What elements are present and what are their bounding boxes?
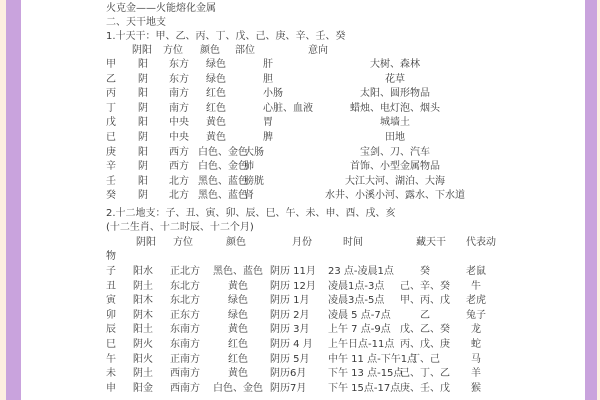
stems-cell-color: 绿色	[206, 58, 226, 71]
branches-header-yinyang: 阴阳	[136, 236, 156, 249]
stems-cell-yinyang: 阳	[138, 146, 148, 159]
stems-cell-stem: 壬	[106, 175, 116, 188]
stems-cell-image: 水井、小溪小河、露水、下水道	[325, 189, 465, 202]
branches-cell-month: 阴历 12月	[270, 280, 316, 293]
branches-cell-month: 阴历6月	[270, 367, 306, 380]
branches-cell-animal: 猴	[471, 382, 481, 395]
left-decorative-stripe	[6, 0, 21, 400]
branches-cell-month: 阴历 4 月	[270, 338, 313, 351]
stems-cell-yinyang: 阴	[138, 189, 148, 202]
branches-cell-time: 上午日点-11点	[328, 338, 394, 351]
branches-cell-hidden-stems: 己、丁、乙	[400, 367, 450, 380]
branches-cell-month: 阴历 11月	[270, 265, 316, 278]
branches-header-month: 月份	[292, 236, 312, 249]
branches-cell-animal: 牛	[471, 280, 481, 293]
stems-cell-stem: 癸	[106, 189, 116, 202]
stems-header-direction: 方位	[163, 44, 183, 57]
stems-cell-body-part: 心脏、血液	[263, 102, 313, 115]
stems-cell-stem: 乙	[106, 73, 116, 86]
stems-cell-body-part: 肾	[244, 189, 254, 202]
stems-header-part: 部位	[235, 44, 255, 57]
branches-cell-yinyang: 阳火	[133, 353, 153, 366]
branches-cell-branch: 子	[106, 265, 116, 278]
stems-cell-image: 首饰、小型金属物品	[350, 160, 440, 173]
stems-cell-image: 田地	[385, 131, 405, 144]
branches-cell-month: 阴历 5月	[270, 353, 310, 366]
stems-cell-direction: 南方	[169, 87, 189, 100]
stems-cell-direction: 北方	[169, 175, 189, 188]
branches-header-animal: 代表动	[466, 236, 496, 249]
stems-cell-color: 黄色	[206, 116, 226, 129]
branches-cell-yinyang: 阳水	[133, 265, 153, 278]
branches-cell-direction: 东北方	[170, 280, 200, 293]
branches-cell-yinyang: 阴火	[133, 338, 153, 351]
stems-cell-stem: 戊	[106, 116, 116, 129]
branches-cell-animal: 龙	[471, 323, 481, 336]
intro-line: 火克金——火能熔化金属	[106, 2, 216, 15]
stems-cell-color: 白色、金色	[198, 160, 248, 173]
stems-cell-stem: 庚	[106, 146, 116, 159]
stems-cell-stem: 丙	[106, 87, 116, 100]
stems-cell-yinyang: 阳	[138, 175, 148, 188]
branches-cell-month: 阴历7月	[270, 382, 306, 395]
stems-cell-image: 花草	[385, 73, 405, 86]
branches-cell-animal: 兔子	[466, 309, 486, 322]
stems-cell-image: 城墙土	[380, 116, 410, 129]
branches-header-hidden-stems: 藏天干	[416, 236, 446, 249]
stems-header-color: 颜色	[200, 44, 220, 57]
branches-header-direction: 方位	[173, 236, 193, 249]
branches-cell-time: 凌晨1点-3点	[328, 280, 384, 293]
branches-cell-hidden-stems: 丁、己	[410, 353, 440, 366]
branches-cell-hidden-stems: 甲、丙、戊	[400, 294, 450, 307]
branches-cell-hidden-stems: 庚、壬、戊	[400, 382, 450, 395]
stems-cell-yinyang: 阴	[138, 102, 148, 115]
stems-cell-body-part: 肝	[263, 58, 273, 71]
stems-cell-color: 黑色、蓝色	[198, 175, 248, 188]
branches-cell-branch: 午	[106, 353, 116, 366]
branches-cell-direction: 东南方	[170, 323, 200, 336]
stems-cell-image: 太阳、圆形物品	[360, 87, 430, 100]
branches-cell-branch: 未	[106, 367, 116, 380]
stems-cell-image: 宝剑、刀、汽车	[360, 146, 430, 159]
stems-cell-direction: 中央	[169, 116, 189, 129]
branches-cell-hidden-stems: 丙、戊、庚	[400, 338, 450, 351]
branches-cell-yinyang: 阴木	[133, 309, 153, 322]
branches-cell-animal: 蛇	[471, 338, 481, 351]
stems-cell-image: 大树、森林	[370, 58, 420, 71]
branches-cell-yinyang: 阴土	[133, 367, 153, 380]
stems-cell-direction: 东方	[169, 73, 189, 86]
branches-cell-hidden-stems: 乙	[420, 309, 430, 322]
stems-cell-body-part: 大肠	[244, 146, 264, 159]
stems-cell-direction: 东方	[169, 58, 189, 71]
stems-cell-color: 白色、金色	[198, 146, 248, 159]
stems-cell-stem: 甲	[106, 58, 116, 71]
branches-cell-hidden-stems: 己、辛、癸	[400, 280, 450, 293]
branches-cell-yinyang: 阳土	[133, 323, 153, 336]
branches-cell-color: 绿色	[228, 309, 248, 322]
branches-cell-animal: 老鼠	[466, 265, 486, 278]
branches-cell-time: 下午 13 点-15点	[328, 367, 403, 380]
stems-cell-yinyang: 阳	[138, 58, 148, 71]
stems-cell-body-part: 胆	[263, 73, 273, 86]
branches-title: 2.十二地支：子、丑、寅、卯、辰、巳、午、未、申、酉、戌、亥	[106, 207, 396, 220]
branches-cell-direction: 东北方	[170, 294, 200, 307]
branches-cell-color: 黄色	[228, 323, 248, 336]
stems-cell-stem: 辛	[106, 160, 116, 173]
stems-title: 1.十天干：甲、乙、丙、丁、戊、己、庚、辛、壬、癸	[106, 30, 346, 43]
branches-cell-direction: 正南方	[170, 353, 200, 366]
branches-cell-time: 凌晨3点-5点	[328, 294, 384, 307]
branches-cell-month: 阴历 1月	[270, 294, 310, 307]
branches-cell-branch: 辰	[106, 323, 116, 336]
stems-cell-direction: 中央	[169, 131, 189, 144]
branches-cell-color: 绿色	[228, 294, 248, 307]
branches-cell-time: 23 点-凌晨1点	[328, 265, 394, 278]
branches-cell-yinyang: 阳木	[133, 294, 153, 307]
right-decorative-stripe	[585, 0, 597, 400]
stems-cell-body-part: 脾	[263, 131, 273, 144]
stems-cell-stem: 丁	[106, 102, 116, 115]
branches-cell-direction: 西南方	[170, 367, 200, 380]
stems-cell-yinyang: 阴	[138, 73, 148, 86]
branches-cell-direction: 正东方	[170, 309, 200, 322]
branches-cell-color: 白色、金色	[213, 382, 263, 395]
branches-cell-month: 阴历 2月	[270, 309, 310, 322]
stems-cell-yinyang: 阴	[138, 131, 148, 144]
branches-cell-animal: 马	[471, 353, 481, 366]
branches-cell-hidden-stems: 癸	[420, 265, 430, 278]
stems-cell-direction: 西方	[169, 160, 189, 173]
branches-header-time: 时间	[343, 236, 363, 249]
branches-cell-color: 红色	[228, 338, 248, 351]
stems-cell-color: 黄色	[206, 131, 226, 144]
stems-cell-body-part: 胃	[263, 116, 273, 129]
branches-cell-animal: 老虎	[466, 294, 486, 307]
branches-cell-direction: 西南方	[170, 382, 200, 395]
section-title: 二、天干地支	[106, 16, 166, 29]
branches-cell-branch: 丑	[106, 280, 116, 293]
branches-cell-color: 黄色	[228, 367, 248, 380]
branches-cell-branch: 寅	[106, 294, 116, 307]
stems-cell-direction: 西方	[169, 146, 189, 159]
branches-cell-hidden-stems: 戊、乙、癸	[400, 323, 450, 336]
branches-cell-time: 上午 7 点-9点	[328, 323, 391, 336]
stems-cell-direction: 北方	[169, 189, 189, 202]
branches-cell-branch: 申	[106, 382, 116, 395]
branches-cell-month: 阴历 3月	[270, 323, 310, 336]
branches-header-animal-wrap: 物	[106, 250, 116, 263]
stems-cell-body-part: 肺	[244, 160, 254, 173]
stems-cell-body-part: 小肠	[263, 87, 283, 100]
stems-cell-stem: 已	[106, 131, 116, 144]
branches-cell-direction: 正北方	[170, 265, 200, 278]
stems-cell-image: 大江大河、湖泊、大海	[345, 175, 445, 188]
branches-cell-color: 红色	[228, 353, 248, 366]
stems-cell-yinyang: 阴	[138, 160, 148, 173]
stems-header-image: 意向	[308, 44, 328, 57]
branches-cell-color: 黄色	[228, 280, 248, 293]
stems-cell-direction: 南方	[169, 102, 189, 115]
stems-cell-color: 绿色	[206, 73, 226, 86]
stems-cell-yinyang: 阳	[138, 87, 148, 100]
branches-cell-animal: 羊	[471, 367, 481, 380]
branches-header-color: 颜色	[226, 236, 246, 249]
stems-cell-color: 红色	[206, 87, 226, 100]
branches-cell-time: 中午 11 点-下午1点	[328, 353, 417, 366]
branches-cell-yinyang: 阴土	[133, 280, 153, 293]
branches-cell-direction: 东南方	[170, 338, 200, 351]
branches-cell-branch: 巳	[106, 338, 116, 351]
stems-cell-color: 黑色、蓝色	[198, 189, 248, 202]
branches-cell-time: 下午 15点-17点	[328, 382, 400, 395]
stems-cell-body-part: 膀胱	[244, 175, 264, 188]
stems-cell-image: 蜡烛、电灯泡、烟头	[350, 102, 440, 115]
branches-subtitle: (十二生肖、十二时辰、十二个月)	[106, 221, 254, 234]
branches-cell-color: 黑色、蓝色	[213, 265, 263, 278]
branches-cell-branch: 卯	[106, 309, 116, 322]
branches-cell-yinyang: 阳金	[133, 382, 153, 395]
stems-cell-yinyang: 阳	[138, 116, 148, 129]
stems-cell-color: 红色	[206, 102, 226, 115]
stems-header-yinyang: 阴阳	[132, 44, 152, 57]
branches-cell-time: 凌晨 5 点-7点	[328, 309, 391, 322]
